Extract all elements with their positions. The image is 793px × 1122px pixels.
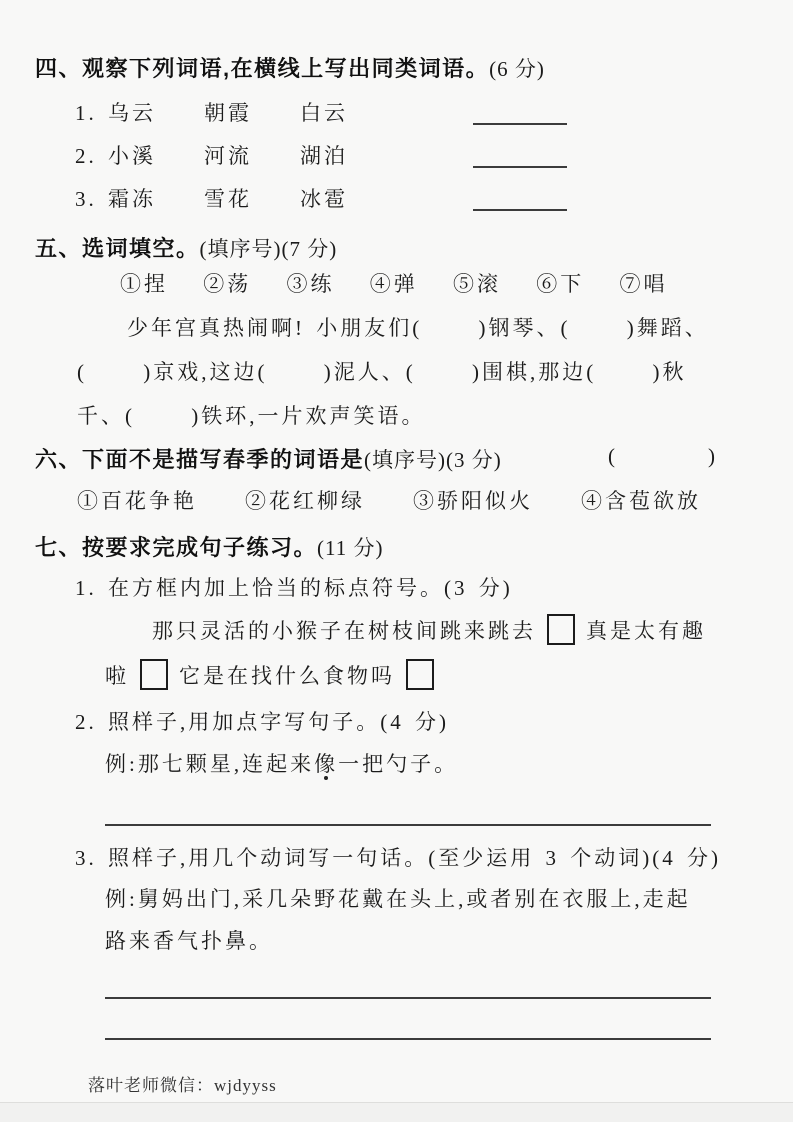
section7-q2-example: 例:那七颗星,连起来像一把勺子。 [105,751,458,777]
section4-row-2: 2. 小溪 河流 湖泊 [75,143,348,169]
q2-example-emphasized-char: 像 [314,752,338,776]
page-bottom-edge [0,1102,793,1122]
section7-title: 七、按要求完成句子练习。 [35,535,317,560]
section6-options: ①百花争艳 ②花红柳绿 ③骄阳似火 ④含苞欲放 [77,488,701,514]
section4-row-1: 1. 乌云 朝霞 白云 [75,100,348,126]
section7-heading: 七、按要求完成句子练习。(11 分) [35,531,383,562]
q2-example-pre: 例:那七颗星,连起来 [105,752,314,776]
section5-word-options: ①捏 ②荡 ③练 ④弹 ⑤滚 ⑥下 ⑦唱 [120,271,668,297]
answer-writing-line-3 [105,1038,711,1040]
answer-underline-3 [473,209,567,211]
q1-text-segment-4: 它是在找什么食物吗 [179,660,395,690]
section6-heading: 六、下面不是描写春季的词语是(填序号)(3 分) [35,443,502,474]
answer-underline-1 [473,123,567,125]
section4-row-3: 3. 霜冻 雪花 冰雹 [75,186,348,212]
punctuation-box-2 [140,659,168,690]
section7-question3: 3. 照样子,用几个动词写一句话。(至少运用 3 个动词)(4 分) [75,845,721,871]
section7-question1: 1. 在方框内加上恰当的标点符号。(3 分) [75,575,513,601]
answer-writing-line-1 [105,824,711,826]
section5-heading: 五、选词填空。(填序号)(7 分) [35,232,337,263]
section5-passage-line-3: 千、( )铁环,一片欢声笑语。 [77,403,426,429]
section4-score: (6 分) [489,57,545,81]
section4-heading: 四、观察下列词语,在横线上写出同类词语。(6 分) [35,52,545,83]
section5-passage-line-2: ( )京戏,这边( )泥人、( )围棋,那边( )秋 [77,359,686,385]
section7-q3-example-line-1: 例:舅妈出门,采几朵野花戴在头上,或者别在衣服上,走起 [105,886,691,912]
q1-text-segment-1: 那只灵活的小猴子在树枝间跳来跳去 [152,615,536,645]
section4-title: 四、观察下列词语,在横线上写出同类词语。 [35,56,489,81]
worksheet-page: 四、观察下列词语,在横线上写出同类词语。(6 分) 1. 乌云 朝霞 白云 2.… [0,0,793,1122]
section6-title: 六、下面不是描写春季的词语是 [35,447,364,472]
answer-underline-2 [473,166,567,168]
section7-q1-sentence-line-1: 那只灵活的小猴子在树枝间跳来跳去 真是太有趣 [152,614,706,645]
section5-title: 五、选词填空。 [35,236,200,261]
section5-passage-line-1: 少年宫真热闹啊! 小朋友们( )钢琴、( )舞蹈、 [127,315,709,341]
section7-score: (11 分) [317,536,383,560]
q1-text-segment-2: 真是太有趣 [586,615,706,645]
section7-q1-sentence-line-2: 啦 它是在找什么食物吗 [105,659,434,690]
punctuation-box-3 [406,659,434,690]
q1-text-segment-3: 啦 [105,660,129,690]
section5-score: (填序号)(7 分) [200,237,338,261]
footer-credit: 落叶老师微信：wjdyyss [88,1071,277,1096]
section6-score: (填序号)(3 分) [364,448,502,472]
punctuation-box-1 [547,614,575,645]
q2-example-post: 一把勺子。 [338,752,458,776]
section6-answer-bracket: ( ) [608,443,718,469]
section7-q3-example-line-2: 路来香气扑鼻。 [105,928,273,954]
section7-question2: 2. 照样子,用加点字写句子。(4 分) [75,709,449,735]
answer-writing-line-2 [105,997,711,999]
